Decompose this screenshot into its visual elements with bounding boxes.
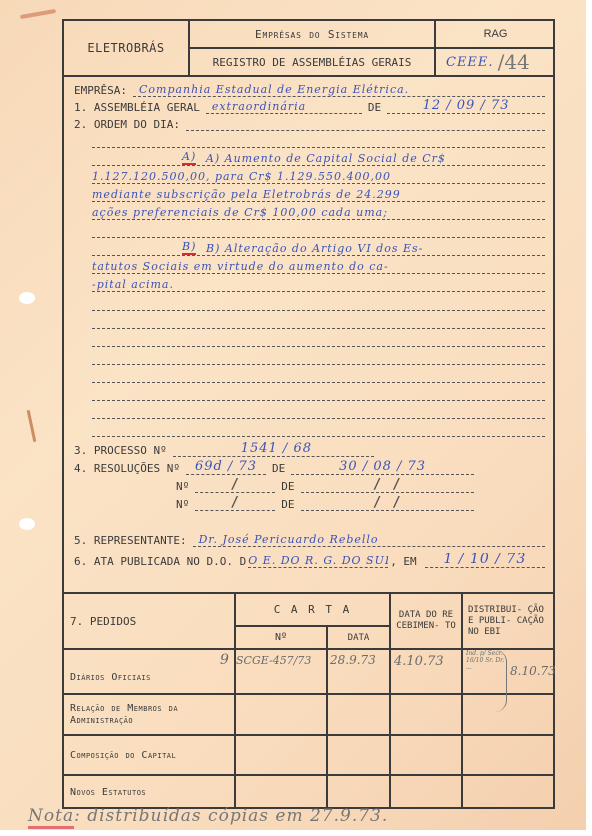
punch-hole bbox=[19, 292, 35, 304]
ordem-line-1[interactable]: A) A) Aumento de Capital Social de Cr$ bbox=[92, 151, 545, 166]
ordem-line-text: B) Alteração do Artigo VI dos Es- bbox=[206, 242, 423, 255]
distribution-date[interactable]: 8.10.73 bbox=[510, 660, 554, 682]
ordem-line-text: 1.127.120.500,00, para Cr$ 1.129.550.400… bbox=[92, 170, 391, 183]
assembleia-row: 1. ASSEMBLÉIA GERAL extraordinária DE 12… bbox=[74, 98, 545, 114]
rag-number-text: 44 bbox=[504, 50, 529, 74]
resolucao-date-value: / / bbox=[373, 496, 402, 510]
resolucao-no-value: 69d / 73 bbox=[195, 460, 257, 474]
assembleia-type-value: extraordinária bbox=[212, 100, 306, 113]
resolucao-row-2: Nº / DE / / bbox=[176, 477, 474, 493]
ordem-line-10[interactable] bbox=[92, 314, 545, 329]
ata-date-field[interactable]: 1 / 10 / 73 bbox=[425, 553, 545, 568]
row-label-diarios: Diários Oficiais bbox=[70, 650, 230, 693]
group-title: Emprêsas do Sistema bbox=[190, 21, 434, 49]
resolucao-date-value: 30 / 08 / 73 bbox=[339, 460, 426, 474]
rag-prefix: CEEE. bbox=[446, 55, 494, 70]
page-right-edge bbox=[586, 0, 592, 836]
empresa-field[interactable]: Companhia Estadual de Energia Elétrica. bbox=[133, 82, 545, 97]
assembleia-de-label: DE bbox=[368, 101, 381, 114]
resolucao-date-field[interactable]: / / bbox=[301, 478, 475, 493]
resolucao-de-label: DE bbox=[281, 480, 294, 493]
ordem-row: 2. ORDEM DO DIA: bbox=[74, 115, 545, 131]
ordem-line-15[interactable] bbox=[92, 404, 545, 419]
representante-label: 5. REPRESENTANTE: bbox=[74, 534, 187, 547]
resolucao-no-label: Nº bbox=[176, 480, 189, 493]
assembleia-type-field[interactable]: extraordinária bbox=[206, 99, 362, 114]
processo-row: 3. PROCESSO Nº 1541 / 68 bbox=[74, 441, 374, 457]
note-prefix: Nota bbox=[28, 806, 74, 829]
distribuicao-header: DISTRIBUI- ÇÃO E PUBLI- CAÇÃO NO EBI bbox=[464, 596, 552, 646]
row-prefix: 9 bbox=[220, 650, 234, 670]
col-divider bbox=[326, 626, 328, 809]
ink-mark bbox=[20, 9, 56, 19]
representante-field[interactable]: Dr. José Pericuardo Rebello bbox=[193, 532, 545, 547]
processo-field[interactable]: 1541 / 68 bbox=[173, 442, 374, 457]
empresa-value: Companhia Estadual de Energia Elétrica. bbox=[139, 83, 409, 96]
ordem-line-3[interactable]: mediante subscrição pela Eletrobrás de 2… bbox=[92, 187, 545, 202]
row-label-estatutos: Novos Estatutos bbox=[70, 776, 230, 809]
representante-row: 5. REPRESENTANTE: Dr. José Pericuardo Re… bbox=[74, 531, 545, 547]
carta-header: C A R T A bbox=[236, 594, 389, 625]
pedidos-table: 7. PEDIDOS C A R T A Nº DATA DATA DO RE … bbox=[64, 592, 553, 809]
ordem-line-4[interactable]: ações preferenciais de Cr$ 100,00 cada u… bbox=[92, 205, 545, 220]
ordem-line-11[interactable] bbox=[92, 332, 545, 347]
ordem-line-14[interactable] bbox=[92, 386, 545, 401]
empresa-label: EMPRÊSA: bbox=[74, 84, 127, 97]
resolucao-row-3: Nº / DE / / bbox=[176, 495, 474, 511]
org-name: ELETROBRÁS bbox=[64, 21, 190, 75]
ata-date-value: 1 / 10 / 73 bbox=[443, 553, 526, 567]
footer-note: Nota: distribuídas cópias em 27.9.73. bbox=[28, 806, 388, 826]
recebimento-value[interactable]: 4.10.73 bbox=[394, 650, 461, 672]
carta-no-value[interactable]: SCGE-457/73 bbox=[236, 650, 326, 670]
carta-data-value[interactable]: 28.9.73 bbox=[330, 650, 389, 670]
resolucao-no-field[interactable]: 69d / 73 bbox=[186, 460, 266, 475]
resolucao-no-label: Nº bbox=[176, 498, 189, 511]
resolucao-no-value: / bbox=[230, 478, 240, 492]
ordem-line-16[interactable] bbox=[92, 422, 545, 437]
resolucao-date-value: / / bbox=[373, 478, 402, 492]
ordem-line-13[interactable] bbox=[92, 368, 545, 383]
row-label-membros: Relação de Membros da Administração bbox=[70, 695, 230, 734]
ordem-line-2[interactable]: 1.127.120.500,00, para Cr$ 1.129.550.400… bbox=[92, 169, 545, 184]
resolucao-no-field[interactable]: / bbox=[195, 496, 275, 511]
resolucoes-label: 4. RESOLUÇÕES Nº bbox=[74, 462, 180, 475]
ordem-line-0[interactable] bbox=[186, 116, 545, 131]
ordem-line-text: tatutos Sociais em virtude do aumento do… bbox=[92, 260, 389, 273]
ordem-label: 2. ORDEM DO DIA: bbox=[74, 118, 180, 131]
ordem-line-text: ações preferenciais de Cr$ 100,00 cada u… bbox=[92, 206, 388, 219]
assembleia-date-value: 12 / 09 / 73 bbox=[423, 99, 510, 113]
form-header: ELETROBRÁS Emprêsas do Sistema REGISTRO … bbox=[64, 21, 553, 77]
rag-label: RAG bbox=[434, 21, 555, 49]
distribution-note[interactable]: Ind. p/ Secr. 16/10 Sr. Dr. ... bbox=[466, 650, 507, 712]
recebimento-header: DATA DO RE CEBIMEN- TO bbox=[391, 596, 461, 646]
ordem-line-text: mediante subscrição pela Eletrobrás de 2… bbox=[92, 188, 401, 201]
rag-number: /44 bbox=[498, 50, 530, 74]
ordem-line-blank[interactable] bbox=[92, 133, 545, 148]
ordem-line-8[interactable]: -pital acima. bbox=[92, 277, 545, 292]
punch-hole bbox=[19, 518, 35, 530]
carta-data-header: DATA bbox=[328, 627, 389, 648]
rag-value[interactable]: CEEE. /44 bbox=[434, 49, 553, 75]
pedidos-header: 7. PEDIDOS bbox=[70, 594, 230, 648]
ordem-line-text: A) Aumento de Capital Social de Cr$ bbox=[206, 152, 446, 165]
representante-value: Dr. José Pericuardo Rebello bbox=[199, 533, 379, 546]
ata-diario-field[interactable]: O E. DO R. G. DO SUL bbox=[248, 553, 388, 568]
assembleia-date-field[interactable]: 12 / 09 / 73 bbox=[387, 99, 545, 114]
processo-label: 3. PROCESSO Nº bbox=[74, 444, 167, 457]
resolucao-date-field[interactable]: / / bbox=[301, 496, 475, 511]
ordem-line-6[interactable]: B) B) Alteração do Artigo VI dos Es- bbox=[92, 241, 545, 256]
resolucao-date-field[interactable]: 30 / 08 / 73 bbox=[291, 460, 474, 475]
carta-no-header: Nº bbox=[236, 627, 326, 648]
ordem-line-9[interactable] bbox=[92, 296, 545, 311]
resolucao-de-label: DE bbox=[272, 462, 285, 475]
ordem-line-7[interactable]: tatutos Sociais em virtude do aumento do… bbox=[92, 259, 545, 274]
registration-form: ELETROBRÁS Emprêsas do Sistema REGISTRO … bbox=[62, 19, 555, 809]
ordem-line-12[interactable] bbox=[92, 350, 545, 365]
resolucao-no-value: / bbox=[230, 496, 240, 510]
col-divider bbox=[461, 594, 463, 809]
rust-stain bbox=[27, 410, 37, 442]
empresa-row: EMPRÊSA: Companhia Estadual de Energia E… bbox=[74, 81, 545, 97]
item-b-marker: B) bbox=[182, 241, 196, 255]
processo-value: 1541 / 68 bbox=[241, 442, 312, 456]
ata-diario-value: O E. DO R. G. DO SUL bbox=[248, 554, 388, 567]
note-text: : distribuídas cópias em 27.9.73. bbox=[74, 806, 388, 826]
ordem-line-text: -pital acima. bbox=[92, 278, 174, 291]
ata-label: 6. ATA PUBLICADA NO D.O. D bbox=[74, 555, 246, 568]
item-a-marker: A) bbox=[182, 151, 196, 165]
form-title: REGISTRO DE ASSEMBLÉIAS GERAIS bbox=[190, 49, 434, 75]
row-label-capital: Composição do Capital bbox=[70, 736, 230, 774]
ordem-line-5[interactable] bbox=[92, 223, 545, 238]
resolucao-row-1: 4. RESOLUÇÕES Nº 69d / 73 DE 30 / 08 / 7… bbox=[74, 459, 474, 475]
ata-row: 6. ATA PUBLICADA NO D.O. D O E. DO R. G.… bbox=[74, 552, 545, 568]
resolucao-de-label: DE bbox=[281, 498, 294, 511]
page-bottom-edge bbox=[0, 830, 592, 836]
assembleia-label: 1. ASSEMBLÉIA GERAL bbox=[74, 101, 200, 114]
resolucao-no-field[interactable]: / bbox=[195, 478, 275, 493]
ata-em-label: , EM bbox=[390, 555, 417, 568]
